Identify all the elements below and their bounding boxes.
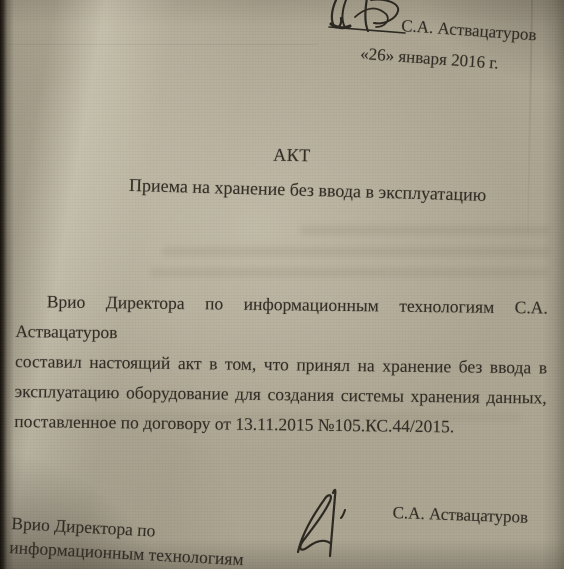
body-line: Врио Директора по информационным техноло… [15, 286, 548, 352]
bleed-through-text [162, 247, 550, 256]
photo-grain-overlay [0, 0, 564, 569]
signer-position-line2: информационным технологиям [9, 537, 244, 569]
bottom-signature [284, 480, 368, 569]
document-photo: С.А. Аствацатуров «26» января 2016 г. АК… [0, 0, 564, 569]
bleed-through-text [300, 226, 550, 235]
document-body-paragraph: Врио Директора по информационным техноло… [14, 286, 548, 442]
paper-crease-horizontal [8, 44, 318, 45]
document-title: АКТ [10, 140, 564, 171]
document-date: «26» января 2016 г. [360, 44, 500, 74]
top-signatory-name: С.А. Аствацатуров [401, 16, 538, 45]
document-subtitle: Приема на хранение без ввода в эксплуата… [25, 172, 564, 209]
bottom-signatory-name: С.А. Аствацатуров [392, 503, 528, 528]
bleed-through-text [150, 268, 548, 277]
